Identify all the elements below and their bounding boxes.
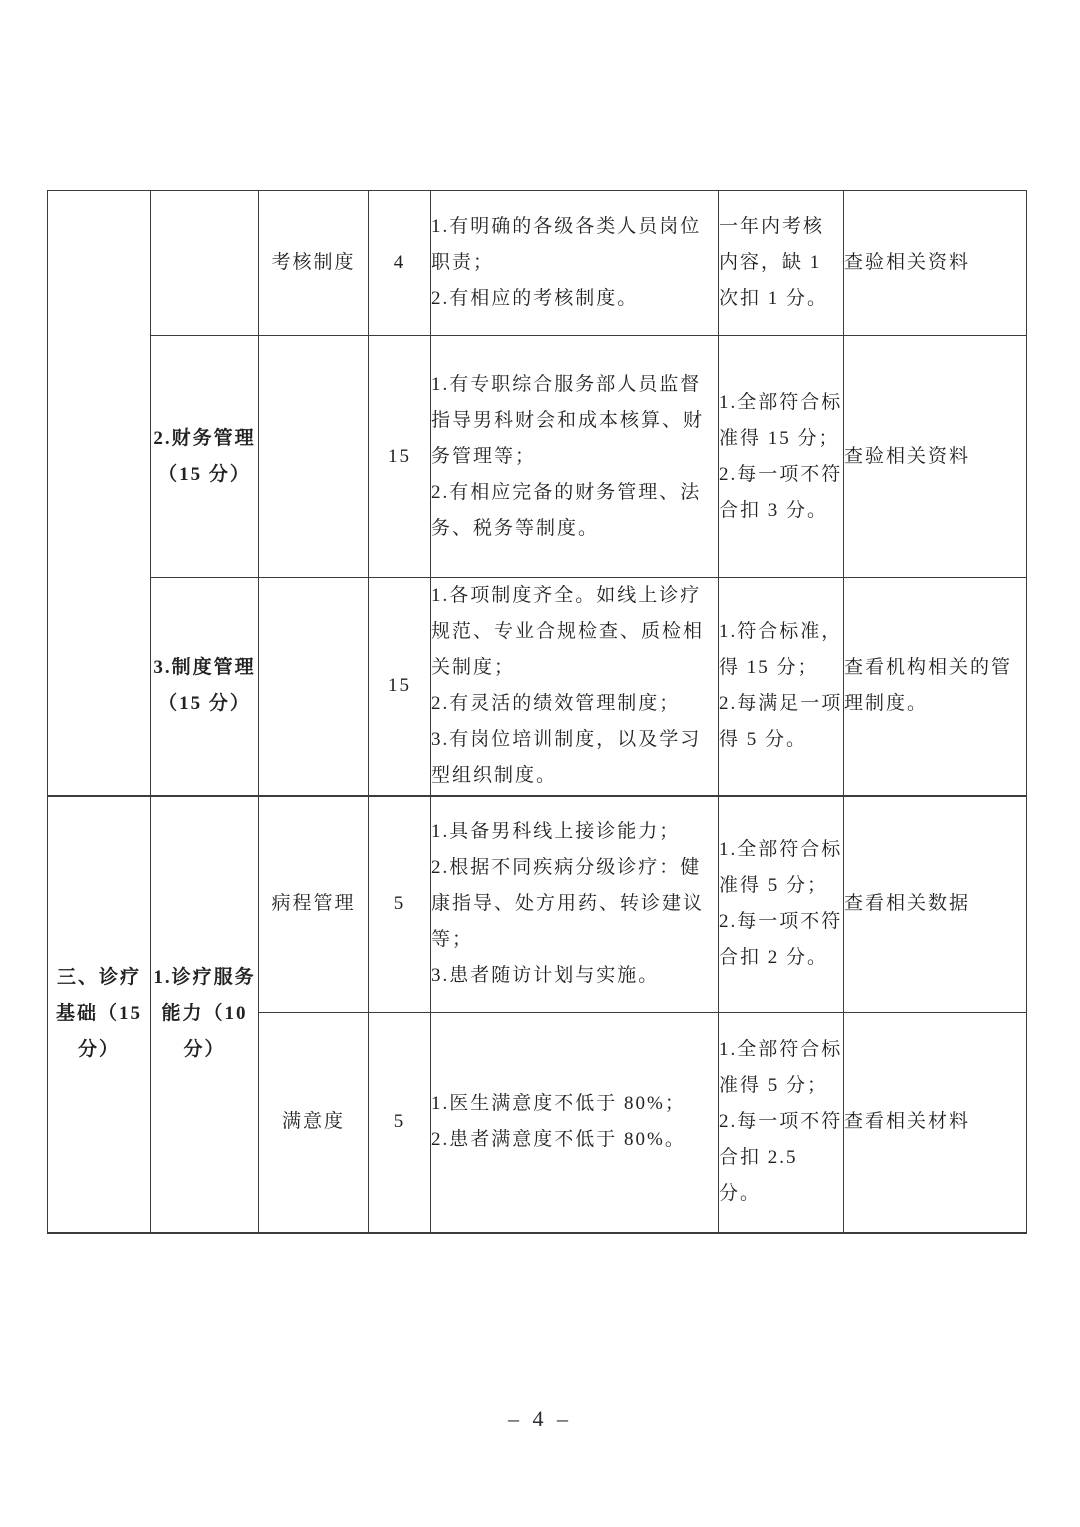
subcategory-cell: 2.财务管理（15 分） — [151, 336, 259, 578]
table-row-institution-management: 3.制度管理（15 分） 15 1.各项制度齐全。如线上诊疗规范、专业合规检查、… — [48, 578, 1027, 796]
score-cell: 15 — [369, 336, 431, 578]
criteria-cell: 1.各项制度齐全。如线上诊疗规范、专业合规检查、质检相关制度； 2.有灵活的绩效… — [431, 578, 719, 796]
scoring-rule-cell: 1.全部符合标准得 15 分； 2.每一项不符合扣 3 分。 — [719, 336, 844, 578]
table-row-finance-management: 2.财务管理（15 分） 15 1.有专职综合服务部人员监督指导男科财会和成本核… — [48, 336, 1027, 578]
subcategory-cell-empty — [151, 191, 259, 336]
check-method-cell: 查看机构相关的管理制度。 — [844, 578, 1027, 796]
scoring-rule-cell: 一年内考核内容，缺 1 次扣 1 分。 — [719, 191, 844, 336]
category-cell-empty — [48, 191, 151, 796]
check-method-cell: 查验相关资料 — [844, 191, 1027, 336]
criteria-cell: 1.具备男科线上接诊能力； 2.根据不同疾病分级诊疗：健康指导、处方用药、转诊建… — [431, 796, 719, 1013]
score-cell: 15 — [369, 578, 431, 796]
check-method-cell: 查看相关数据 — [844, 796, 1027, 1013]
scoring-rule-cell: 1.符合标准，得 15 分； 2.每满足一项得 5 分。 — [719, 578, 844, 796]
item-name-cell-empty — [259, 578, 369, 796]
evaluation-criteria-table: 考核制度 4 1.有明确的各级各类人员岗位职责； 2.有相应的考核制度。 一年内… — [47, 190, 1027, 1234]
subcategory-cell: 1.诊疗服务能力（10 分） — [151, 796, 259, 1233]
scoring-rule-cell: 1.全部符合标准得 5 分； 2.每一项不符合扣 2.5 分。 — [719, 1013, 844, 1233]
item-name-cell: 考核制度 — [259, 191, 369, 336]
item-name-cell: 满意度 — [259, 1013, 369, 1233]
table-row-course-management: 三、诊疗基础（15 分） 1.诊疗服务能力（10 分） 病程管理 5 1.具备男… — [48, 796, 1027, 1013]
item-name-cell-empty — [259, 336, 369, 578]
item-name-cell: 病程管理 — [259, 796, 369, 1013]
document-page: 考核制度 4 1.有明确的各级各类人员岗位职责； 2.有相应的考核制度。 一年内… — [0, 0, 1080, 1527]
table-row-assessment-system: 考核制度 4 1.有明确的各级各类人员岗位职责； 2.有相应的考核制度。 一年内… — [48, 191, 1027, 336]
score-cell: 5 — [369, 1013, 431, 1233]
scoring-rule-cell: 1.全部符合标准得 5 分； 2.每一项不符合扣 2 分。 — [719, 796, 844, 1013]
score-cell: 5 — [369, 796, 431, 1013]
subcategory-cell: 3.制度管理（15 分） — [151, 578, 259, 796]
criteria-cell: 1.有明确的各级各类人员岗位职责； 2.有相应的考核制度。 — [431, 191, 719, 336]
score-cell: 4 — [369, 191, 431, 336]
check-method-cell: 查看相关材料 — [844, 1013, 1027, 1233]
criteria-cell: 1.有专职综合服务部人员监督指导男科财会和成本核算、财务管理等； 2.有相应完备… — [431, 336, 719, 578]
criteria-cell: 1.医生满意度不低于 80%； 2.患者满意度不低于 80%。 — [431, 1013, 719, 1233]
page-number: – 4 – — [0, 1406, 1080, 1432]
category-cell: 三、诊疗基础（15 分） — [48, 796, 151, 1233]
check-method-cell: 查验相关资料 — [844, 336, 1027, 578]
